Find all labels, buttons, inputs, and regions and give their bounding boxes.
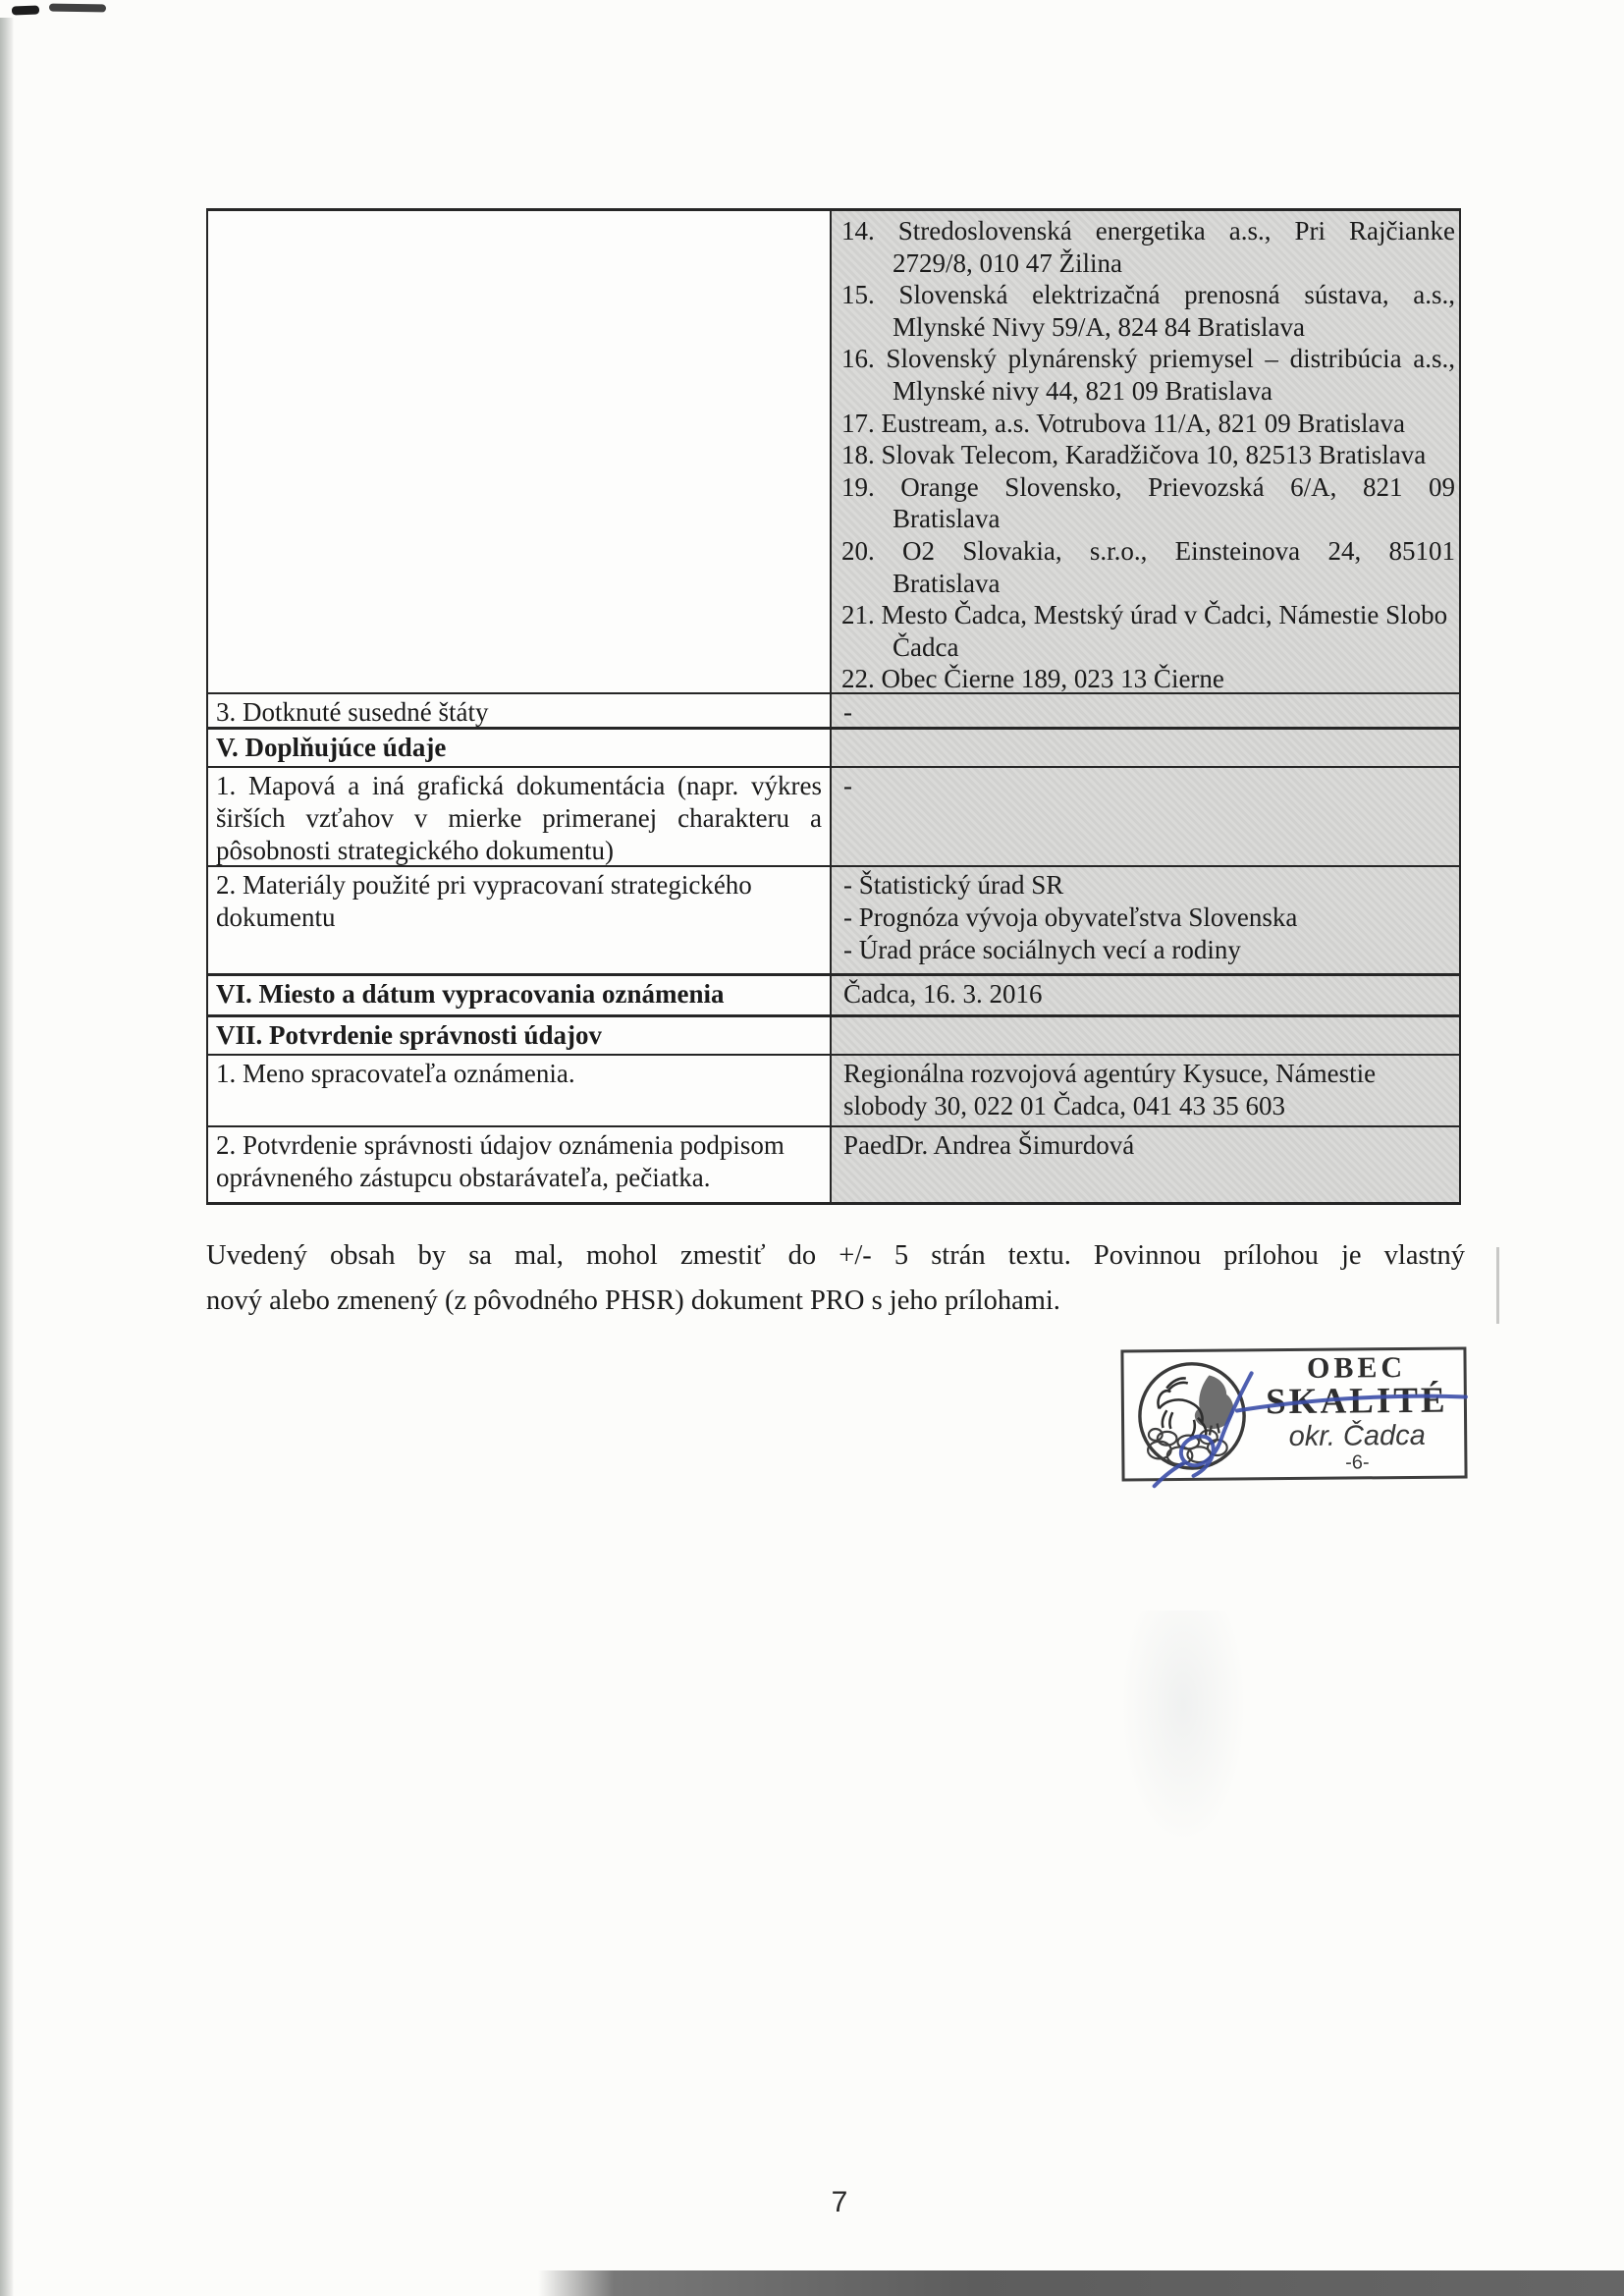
directory-line: 15. Slovenská elektrizačná prenosná súst… bbox=[841, 279, 1455, 311]
directory-cell: 14. Stredoslovenská energetika a.s., Pri… bbox=[832, 211, 1459, 692]
row-value-line: - Štatistický úrad SR bbox=[843, 869, 1455, 902]
emblem-goat bbox=[1158, 1378, 1206, 1439]
row-value bbox=[832, 1017, 1459, 1054]
directory-line: 18. Slovak Telecom, Karadžičova 10, 8251… bbox=[841, 439, 1455, 471]
table-row: 2. Potvrdenie správnosti údajov oznámeni… bbox=[208, 1125, 1459, 1202]
directory-line: 17. Eustream, a.s. Votrubova 11/A, 821 0… bbox=[841, 408, 1455, 440]
stamp-line-number: -6- bbox=[1250, 1451, 1464, 1473]
row-value: PaedDr. Andrea Šimurdová bbox=[832, 1127, 1459, 1202]
scan-smudge-artifact bbox=[1119, 1611, 1247, 1846]
section-header: V. Doplňujúce údaje bbox=[208, 730, 832, 766]
stamp-line-okres: okr. Čadca bbox=[1250, 1418, 1464, 1453]
table-row-carryover: 14. Stredoslovenská energetika a.s., Pri… bbox=[208, 211, 1459, 692]
directory-line: Bratislava bbox=[841, 503, 1455, 535]
row-value: - bbox=[832, 768, 1459, 865]
row-label: 2. Materiály použité pri vypracovaní str… bbox=[208, 867, 832, 973]
table-row: 2. Materiály použité pri vypracovaní str… bbox=[208, 865, 1459, 973]
directory-line: 14. Stredoslovenská energetika a.s., Pri… bbox=[841, 215, 1455, 247]
directory-line: 20. O2 Slovakia, s.r.o., Einsteinova 24,… bbox=[841, 535, 1455, 568]
scan-edge-strip bbox=[0, 18, 14, 2296]
emblem-tree bbox=[1195, 1375, 1234, 1435]
row-value: - Štatistický úrad SR - Prognóza vývoja … bbox=[832, 867, 1459, 973]
directory-line: 21. Mesto Čadca, Mestský úrad v Čadci, N… bbox=[841, 599, 1455, 631]
directory-line: Mlynské nivy 44, 821 09 Bratislava bbox=[841, 375, 1455, 408]
stamp-line-skalite: SKALITÉ bbox=[1250, 1383, 1464, 1420]
table-row: 1. Meno spracovateľa oznámenia. Regionál… bbox=[208, 1054, 1459, 1125]
info-table: 14. Stredoslovenská energetika a.s., Pri… bbox=[206, 208, 1461, 1205]
table-row-section: V. Doplňujúce údaje bbox=[208, 727, 1459, 766]
directory-line: 2729/8, 010 47 Žilina bbox=[841, 247, 1455, 280]
table-row-section: VII. Potvrdenie správnosti údajov bbox=[208, 1014, 1459, 1054]
official-stamp: OBEC SKALITÉ okr. Čadca -6- bbox=[1120, 1346, 1467, 1481]
scan-corner-mark bbox=[12, 6, 39, 16]
emblem-rocks bbox=[1148, 1428, 1227, 1464]
section-header: VI. Miesto a dátum vypracovania oznámeni… bbox=[208, 976, 832, 1014]
row-value-line: - Prognóza vývoja obyvateľstva Slovenska bbox=[843, 902, 1455, 934]
scan-bottom-strip bbox=[538, 2270, 1624, 2296]
row-value: Regionálna rozvojová agentúry Kysuce, Ná… bbox=[832, 1056, 1459, 1125]
row-value-line: - Úrad práce sociálnych vecí a rodiny bbox=[843, 934, 1455, 966]
row-label: 3. Dotknuté susedné štáty bbox=[208, 694, 832, 727]
table-row: 1. Mapová a iná grafická dokumentácia (n… bbox=[208, 766, 1459, 865]
row-value: Čadca, 16. 3. 2016 bbox=[832, 976, 1459, 1014]
table-row: 3. Dotknuté susedné štáty - bbox=[208, 692, 1459, 727]
directory-line: Bratislava bbox=[841, 568, 1455, 600]
page-number: 7 bbox=[805, 2186, 874, 2219]
row-value: - bbox=[832, 694, 1459, 727]
directory-line: 19. Orange Slovensko, Prievozská 6/A, 82… bbox=[841, 471, 1455, 504]
municipal-emblem bbox=[1134, 1357, 1251, 1474]
row-label: 1. Mapová a iná grafická dokumentácia (n… bbox=[208, 768, 832, 865]
empty-cell bbox=[208, 211, 832, 692]
paragraph-line: nový alebo zmenený (z pôvodného PHSR) do… bbox=[206, 1279, 1465, 1324]
scanned-document-page: 14. Stredoslovenská energetika a.s., Pri… bbox=[0, 0, 1624, 2296]
row-value bbox=[832, 730, 1459, 766]
directory-line: Čadca bbox=[841, 631, 1455, 664]
paragraph-line: Uvedený obsah by sa mal, mohol zmestiť d… bbox=[206, 1233, 1465, 1279]
scan-line-artifact bbox=[1496, 1247, 1499, 1324]
directory-line: 16. Slovenský plynárenský priemysel – di… bbox=[841, 343, 1455, 375]
scan-corner-mark bbox=[49, 3, 106, 12]
row-label: 2. Potvrdenie správnosti údajov oznámeni… bbox=[208, 1127, 832, 1202]
closing-paragraph: Uvedený obsah by sa mal, mohol zmestiť d… bbox=[206, 1233, 1465, 1324]
stamp-text-block: OBEC SKALITÉ okr. Čadca -6- bbox=[1249, 1351, 1464, 1473]
directory-line: 22. Obec Čierne 189, 023 13 Čierne bbox=[841, 663, 1455, 695]
table-row-section: VI. Miesto a dátum vypracovania oznámeni… bbox=[208, 973, 1459, 1014]
row-label: 1. Meno spracovateľa oznámenia. bbox=[208, 1056, 832, 1125]
section-header: VII. Potvrdenie správnosti údajov bbox=[208, 1017, 832, 1054]
directory-line: Mlynské Nivy 59/A, 824 84 Bratislava bbox=[841, 311, 1455, 344]
